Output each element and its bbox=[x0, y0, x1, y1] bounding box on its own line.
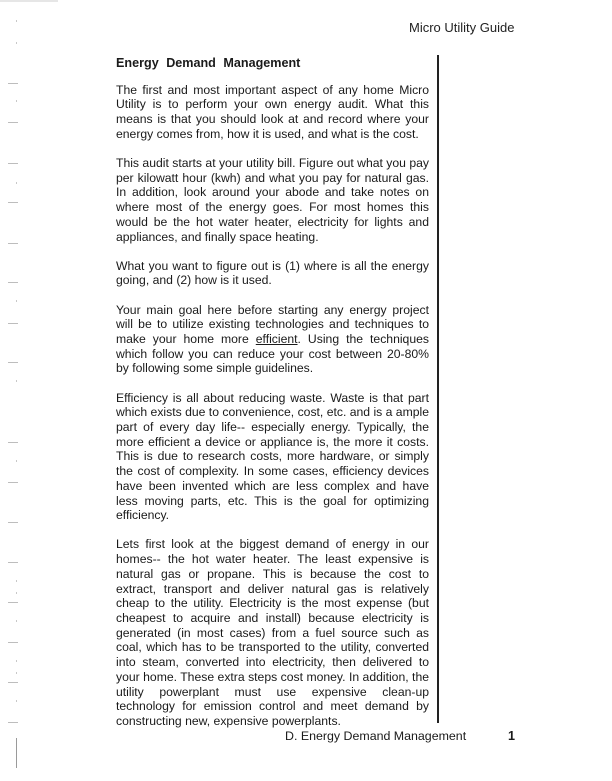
margin-scan-dot bbox=[16, 380, 17, 382]
margin-scan-mark bbox=[8, 522, 18, 523]
margin-scan-mark bbox=[8, 163, 18, 164]
page-number: 1 bbox=[508, 729, 515, 743]
margin-scan-mark bbox=[8, 122, 18, 123]
margin-scan-dot bbox=[16, 300, 17, 302]
running-header: Micro Utility Guide bbox=[409, 20, 514, 35]
scan-edge bbox=[0, 0, 58, 2]
margin-scan-dot bbox=[16, 100, 17, 102]
footer-section-label: D. Energy Demand Management bbox=[285, 729, 466, 743]
margin-scan-mark bbox=[8, 323, 18, 324]
paragraph-main-goal: Your main goal here before starting any … bbox=[116, 303, 429, 377]
paragraph-energy-audit: The first and most important aspect of a… bbox=[116, 83, 429, 142]
margin-scan-mark bbox=[8, 482, 18, 483]
margin-scan-dot bbox=[16, 660, 17, 662]
paragraph-goals: What you want to figure out is (1) where… bbox=[116, 259, 429, 288]
paragraph-utility-bill: This audit starts at your utility bill. … bbox=[116, 156, 429, 244]
paragraph-efficiency: Efficiency is all about reducing waste. … bbox=[116, 391, 429, 523]
margin-scan-dot bbox=[16, 672, 17, 674]
margin-scan-dot bbox=[16, 700, 17, 702]
margin-scan-bar bbox=[16, 738, 17, 768]
margin-scan-mark bbox=[8, 682, 18, 683]
main-text-column: Energy Demand Management The first and m… bbox=[116, 56, 429, 743]
margin-scan-dot bbox=[16, 460, 17, 462]
margin-scan-mark bbox=[8, 202, 18, 203]
margin-scan-mark bbox=[8, 243, 18, 244]
paragraph-hot-water: Lets first look at the biggest demand of… bbox=[116, 537, 429, 728]
margin-scan-mark bbox=[8, 642, 18, 643]
margin-scan-dot bbox=[16, 620, 17, 622]
emphasized-word-efficient: efficient bbox=[256, 332, 298, 346]
margin-scan-dot bbox=[16, 182, 17, 184]
margin-scan-mark bbox=[8, 562, 18, 563]
margin-scan-dot bbox=[16, 20, 17, 22]
margin-scan-mark bbox=[8, 83, 18, 84]
margin-scan-mark bbox=[8, 442, 18, 443]
section-heading: Energy Demand Management bbox=[116, 56, 429, 71]
margin-scan-dot bbox=[16, 592, 17, 594]
margin-scan-mark bbox=[8, 362, 18, 363]
margin-scan-mark bbox=[8, 722, 18, 723]
margin-scan-mark bbox=[8, 602, 18, 603]
vertical-rule bbox=[437, 55, 439, 723]
margin-scan-dot bbox=[16, 580, 17, 582]
margin-scan-mark bbox=[8, 282, 18, 283]
margin-scan-dot bbox=[16, 42, 17, 44]
